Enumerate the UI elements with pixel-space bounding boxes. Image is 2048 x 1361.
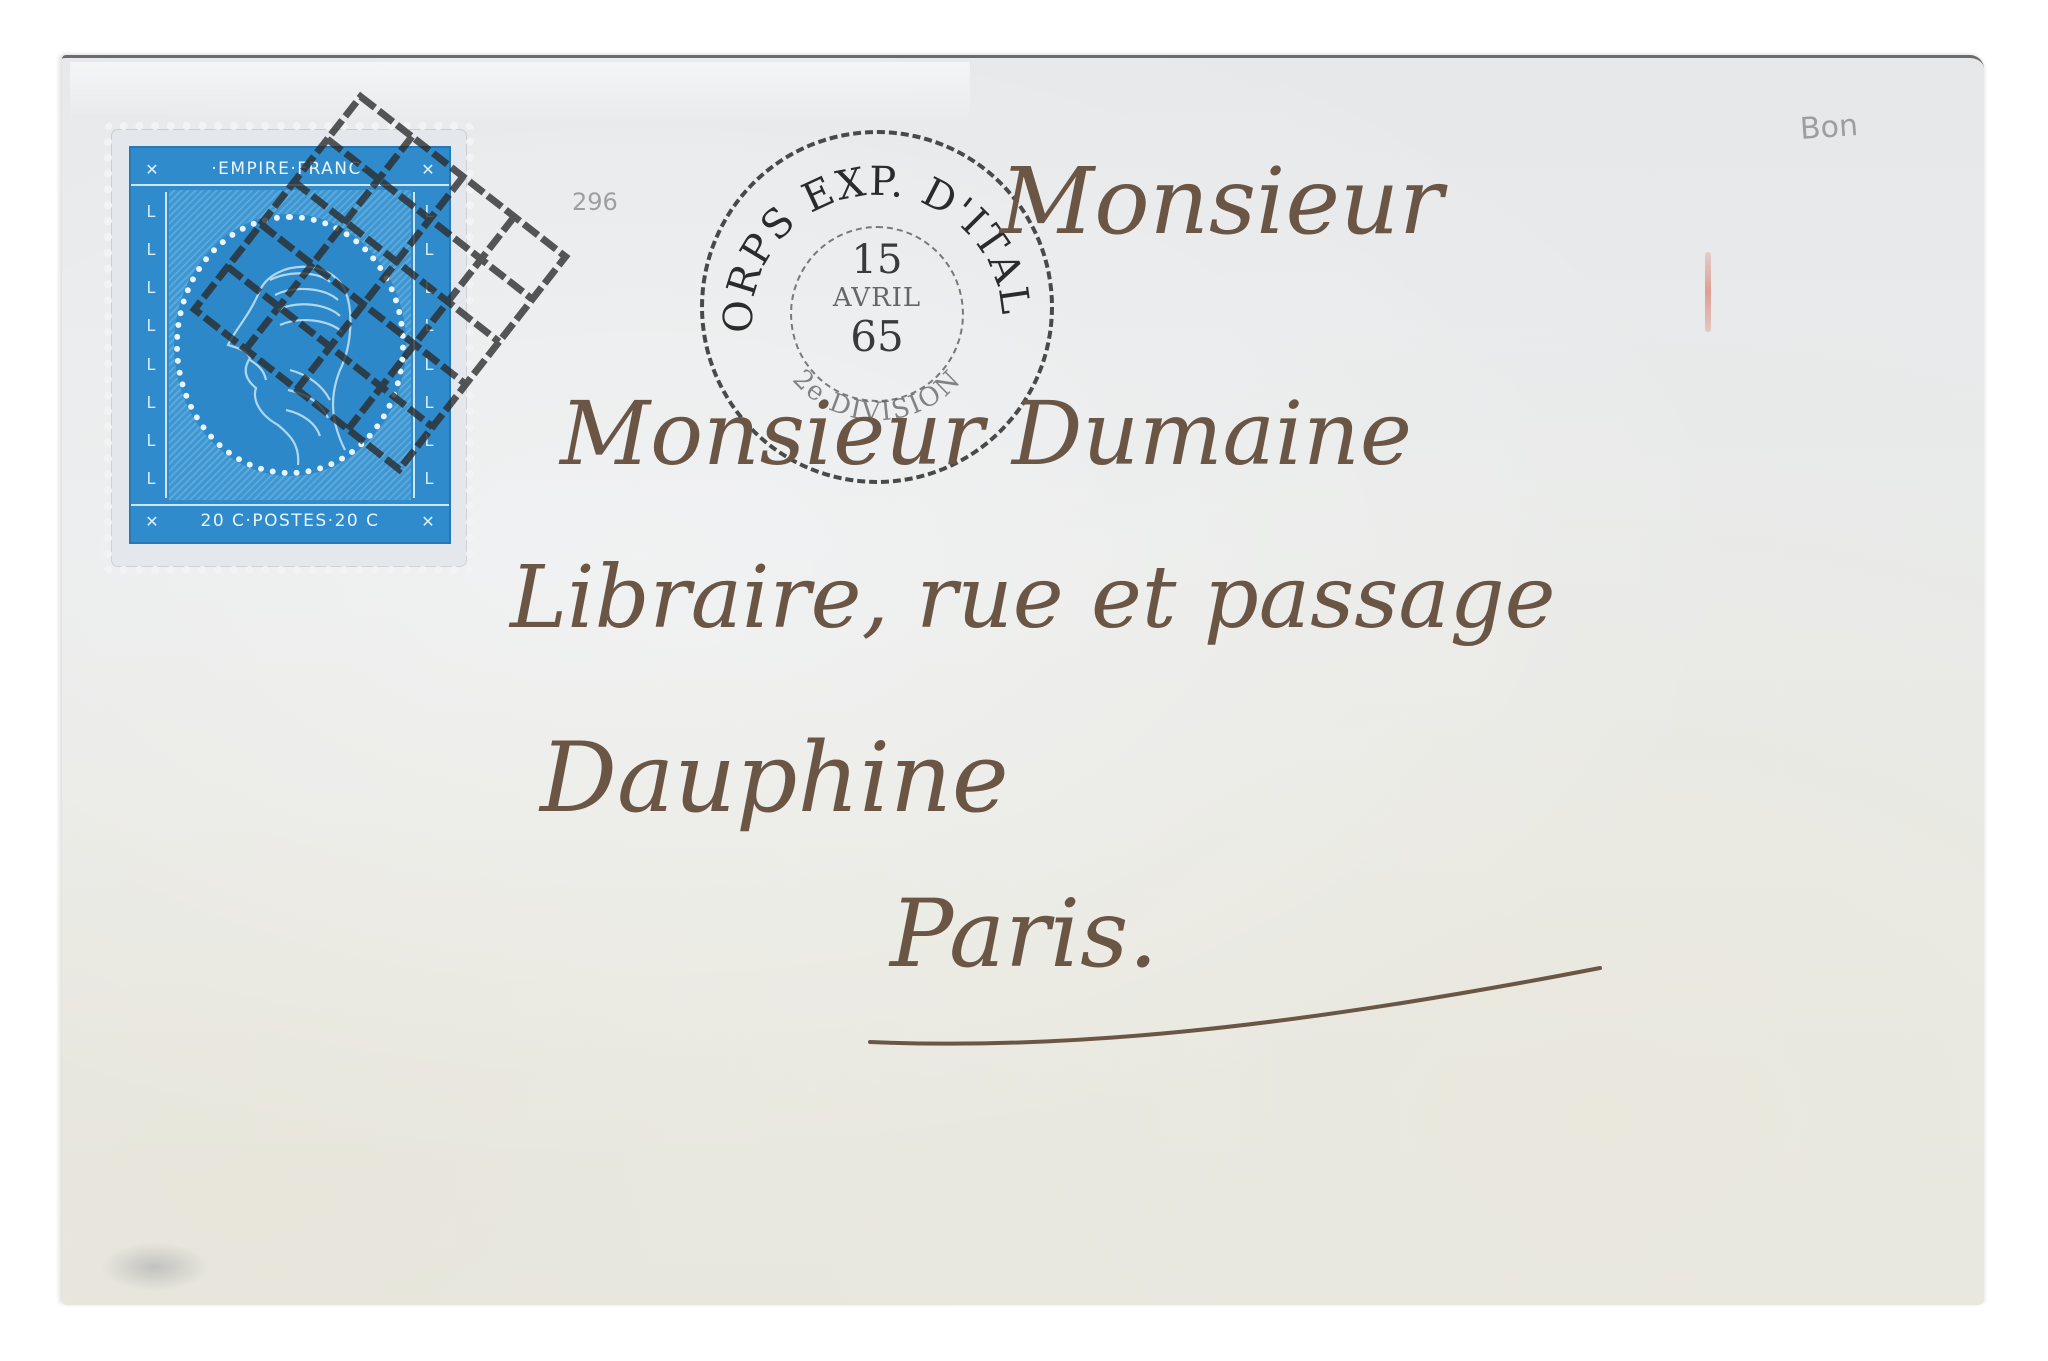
stamp-top-legend: ·EMPIRE·FRANC·	[131, 154, 449, 186]
address-street-name: Dauphine	[540, 722, 1009, 834]
address-recipient: Monsieur Dumaine	[560, 382, 1412, 485]
frame-glyph-icon: ᒪ	[147, 469, 156, 488]
postmark-day: 15	[790, 238, 964, 282]
frame-glyph-icon: ᒪ	[147, 393, 156, 412]
stamp-corner-ornament-icon: ✕	[137, 154, 167, 184]
underline-flourish	[860, 950, 1620, 1060]
napoleon-portrait-icon	[180, 220, 400, 470]
frame-glyph-icon: ᒪ	[425, 240, 434, 259]
paper-stain	[100, 1242, 210, 1292]
stamp-engraved-field	[169, 190, 411, 500]
frame-glyph-icon: ᒪ	[425, 393, 434, 412]
stamp-design: ·EMPIRE·FRANC· ✕ ✕ ✕ ✕ ᒪ ᒪ ᒪ ᒪ ᒪ ᒪ ᒪ ᒪ ᒪ…	[129, 146, 451, 544]
postmark-month: AVRIL	[790, 282, 964, 314]
red-crayon-mark	[1705, 252, 1711, 332]
postmark-year: 65	[790, 314, 964, 360]
frame-glyph-icon: ᒪ	[425, 316, 434, 335]
stamp-side-frame-left: ᒪ ᒪ ᒪ ᒪ ᒪ ᒪ ᒪ ᒪ	[137, 192, 167, 498]
frame-glyph-icon: ᒪ	[425, 469, 434, 488]
address-occupation-street: Libraire, rue et passage	[510, 548, 1556, 648]
stamp-bottom-legend: 20 C·POSTES·20 C	[131, 504, 449, 536]
frame-glyph-icon: ᒪ	[425, 355, 434, 374]
stamp-corner-ornament-icon: ✕	[413, 154, 443, 184]
postmark-date: 15 AVRIL 65	[790, 238, 964, 360]
frame-glyph-icon: ᒪ	[425, 202, 434, 221]
frame-glyph-icon: ᒪ	[425, 278, 434, 297]
frame-glyph-icon: ᒪ	[147, 355, 156, 374]
stamp-medallion-portrait	[174, 214, 406, 476]
stamp-side-frame-right: ᒪ ᒪ ᒪ ᒪ ᒪ ᒪ ᒪ ᒪ	[413, 192, 443, 498]
address-salutation: Monsieur	[1000, 148, 1443, 255]
frame-glyph-icon: ᒪ	[425, 431, 434, 450]
frame-glyph-icon: ᒪ	[147, 316, 156, 335]
postage-stamp: ·EMPIRE·FRANC· ✕ ✕ ✕ ✕ ᒪ ᒪ ᒪ ᒪ ᒪ ᒪ ᒪ ᒪ ᒪ…	[112, 130, 466, 566]
pencil-note-corner: Bon	[1799, 108, 1859, 147]
frame-glyph-icon: ᒪ	[147, 240, 156, 259]
frame-glyph-icon: ᒪ	[147, 278, 156, 297]
frame-glyph-icon: ᒪ	[147, 202, 156, 221]
frame-glyph-icon: ᒪ	[147, 431, 156, 450]
pencil-note-number: 296	[572, 188, 618, 216]
